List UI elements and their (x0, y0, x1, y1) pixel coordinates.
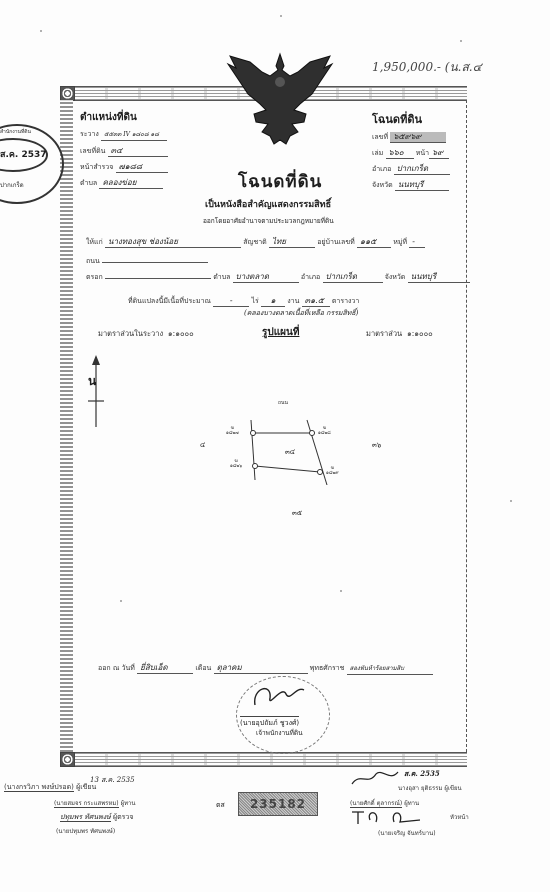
head-role: หัวหน้า (450, 812, 469, 822)
sheet-value: ๕๕๓๓ IV ๑๘๐๘ ๑๘ (101, 130, 167, 141)
province-label: จังหวัด (372, 181, 393, 189)
amphoe-label: อำเภอ (301, 273, 320, 281)
area-row: ที่ดินแปลงนี้มีเนื้อที่ประมาณ - ไร่ ๑ งา… (128, 296, 359, 307)
stamp-text-top: สำนักงานที่ดิน (0, 128, 31, 136)
writer-row: (นางกรวิภา พงษ์ปรอด) ผู้เขียน (4, 782, 96, 793)
garuda-emblem (220, 52, 340, 147)
alley-value (105, 270, 211, 279)
west-neighbor: ๔ (200, 440, 205, 451)
bottom-right-date: ส.ค. 2535 (404, 769, 440, 780)
parcel-number: ๓๔ (285, 447, 295, 458)
issued-label: ออก ณ วันที่ (98, 664, 135, 672)
issue-row: ออก ณ วันที่ ยี่สิบเอ็ด เดือน ตุลาคม พุท… (98, 663, 466, 675)
area-label: ที่ดินแปลงนี้มีเนื้อที่ประมาณ (128, 297, 211, 305)
tambon-value: บางตลาด (233, 272, 299, 283)
marker-code: ๑๘๒๖ (230, 464, 242, 469)
officer-signature (250, 680, 310, 712)
right-reviewer-name: (นายศักดิ์ ตุลากรณ์) (350, 800, 402, 808)
nationality-label: สัญชาติ (243, 238, 266, 246)
deed-panel-heading: โฉนดที่ดิน (372, 110, 464, 128)
rai-value: - (213, 296, 249, 307)
plot-scale: มาตราส่วน ๑:๑๐๐๐ (366, 328, 433, 340)
plot-scale-value: ๑:๑๐๐๐ (407, 329, 433, 338)
area-note: (คลองบางตลาดเนื้อที่เหลือ กรรมสิทธิ์) (244, 308, 358, 319)
north-label: น (88, 372, 96, 391)
owner-label: ให้แก่ (86, 238, 103, 246)
right-signature-3 (350, 808, 430, 826)
right-reviewer-role: ผู้ทาน (404, 800, 419, 807)
house-no-value: ๑๑๕ (357, 237, 391, 248)
reviewer-name: (นายสมจร กระแสพรหม) (54, 800, 119, 808)
east-neighbor: ๓๖ (372, 440, 381, 451)
tambon-label: ตำบล (213, 273, 230, 281)
legal-basis: ออกโดยอาศัยอำนาจตามประมวลกฎหมายที่ดิน (203, 216, 334, 226)
issue-month-value: ตุลาคม (214, 663, 308, 674)
ngan-label: งาน (287, 297, 299, 305)
rai-label: ไร่ (251, 297, 258, 305)
handwritten-price-note: 1,950,000.- (น.ส.๔ (372, 58, 482, 77)
bottom-border (75, 752, 467, 767)
diagram-title: รูปแผนที่ (262, 325, 299, 340)
house-no-label: อยู่บ้านเลขที่ (317, 238, 355, 246)
province-value: นนทบุรี (395, 180, 449, 191)
serial-prefix: ตส (216, 800, 225, 811)
left-border (60, 100, 73, 752)
marker-ne: ฆ ๑๘๒๘ (318, 426, 331, 436)
document-subtitle: เป็นหนังสือสำคัญแสดงกรรมสิทธิ์ (205, 197, 331, 211)
inspector-role: ผู้ตรวจ (113, 813, 133, 821)
sq-wah-label: ตารางวา (332, 297, 359, 305)
inspector-signature: ปทุมพร ทัศนพงษ์ (60, 813, 111, 822)
right-signature-1 (350, 768, 400, 788)
road-label: ถนน (86, 257, 100, 265)
book-label: เล่ม (372, 149, 383, 157)
issue-year-value: สองพันห้าร้อยสามสิบ (347, 664, 433, 675)
marker-se: ฆ ๑๘๒๙ (326, 466, 339, 476)
inspector-row: ปทุมพร ทัศนพงษ์ ผู้ตรวจ (60, 812, 133, 823)
issue-year-label: พุทธศักราช (310, 664, 345, 672)
book-value: ๖๖๐ (386, 148, 414, 159)
bottom-left-date: 13 ส.ค. 2535 (90, 775, 135, 786)
owner-row: ให้แก่ นางทองสุข ช่องน้อย สัญชาติ ไทย อย… (86, 237, 464, 248)
head-name: (นายเจริญ จันทร์บาน) (378, 828, 436, 838)
map-scale-label: มาตราส่วนในระวาง (98, 329, 163, 338)
subdistrict-label: ตำบล (80, 179, 97, 187)
marker-code: ๑๘๒๗ (226, 431, 239, 436)
moo-label: หมู่ที่ (393, 238, 407, 246)
issue-day-value: ยี่สิบเอ็ด (137, 663, 193, 674)
owner-province-label: จังหวัด (385, 273, 406, 281)
officer-title: เจ้าพนักงานที่ดิน (256, 728, 303, 738)
right-writer-role: ผู้เขียน (444, 785, 461, 792)
stamp-text-date: ส.ค. 2537 (0, 147, 47, 161)
serial-number: 235182 (238, 792, 318, 816)
writer-role: ผู้เขียน (76, 783, 96, 791)
right-writer-row: นางอุสา ยุติธรรม ผู้เขียน (398, 783, 462, 793)
writer-name: (นางกรวิภา พงษ์ปรอด) (4, 783, 74, 792)
right-reviewer-row: (นายศักดิ์ ตุลากรณ์) ผู้ทาน (350, 798, 419, 808)
moo-value: - (409, 237, 425, 248)
road-value (102, 254, 208, 263)
owner-value: นางทองสุข ช่องน้อย (105, 237, 241, 248)
stamp-text-bottom: ปากเกร็ด (0, 180, 24, 190)
land-position-panel: ตำแหน่งที่ดิน ระวาง ๕๕๓๓ IV ๑๘๐๘ ๑๘ เลขท… (80, 110, 200, 189)
right-writer-name: นางอุสา ยุติธรรม (398, 785, 442, 792)
parcel-number-value: ๓๔ (108, 146, 168, 157)
amphoe-value: ปากเกร็ด (323, 272, 383, 283)
owner-province-value: นนทบุรี (408, 272, 470, 283)
road-row: ถนน (86, 254, 208, 267)
reviewer-role: ผู้ทาน (121, 800, 136, 807)
page-value: ๖๙ (429, 148, 449, 159)
survey-page-label: หน้าสำรวจ (80, 163, 113, 171)
reviewer-row: (นายสมจร กระแสพรหม) ผู้ทาน (54, 798, 136, 808)
nationality-value: ไทย (269, 237, 315, 248)
marker-code: ๑๘๒๙ (326, 471, 339, 476)
border-corner-ornament (60, 752, 75, 767)
marker-code: ๑๘๒๘ (318, 431, 331, 436)
district-label: อำเภอ (372, 165, 391, 173)
sheet-label: ระวาง (80, 130, 99, 138)
south-neighbor: ๓๕ (292, 508, 302, 519)
parcel-number-label: เลขที่ดิน (80, 147, 105, 155)
sq-wah-value: ๓๑.๕ (302, 296, 330, 307)
alley-row: ตรอก ตำบล บางตลาด อำเภอ ปากเกร็ด จังหวัด… (86, 270, 464, 283)
document-title: โฉนดที่ดิน (238, 168, 322, 195)
deed-no-label: เลขที่ (372, 133, 388, 141)
map-road-label: ถนน (278, 399, 288, 407)
map-scale: มาตราส่วนในระวาง ๑:๑๐๐๐ (98, 328, 194, 340)
survey-page-value: ๗๑๘๘ (116, 162, 168, 173)
ngan-value: ๑ (261, 296, 285, 307)
district-value: ปากเกร็ด (394, 164, 450, 175)
inspector-name: (นายปทุมพร ทัศนพงษ์) (56, 826, 115, 836)
alley-label: ตรอก (86, 273, 103, 281)
border-corner-ornament (60, 86, 75, 101)
plot-scale-label: มาตราส่วน (366, 329, 402, 338)
marker-sw: ฆ ๑๘๒๖ (230, 459, 242, 469)
page-label: หน้า (416, 149, 429, 157)
deed-no-value: ๖๕๙๖๙ (390, 132, 446, 143)
land-position-heading: ตำแหน่งที่ดิน (80, 110, 200, 125)
map-scale-value: ๑:๑๐๐๐ (168, 329, 194, 338)
deed-number-panel: โฉนดที่ดิน เลขที่ ๖๕๙๖๙ เล่ม ๖๖๐ หน้า๖๙ … (372, 110, 464, 191)
subdistrict-value: คลองข่อย (99, 178, 163, 189)
marker-nw: ฆ ๑๘๒๗ (226, 426, 239, 436)
right-border (466, 100, 467, 752)
north-arrow-icon (86, 355, 106, 430)
issue-month-label: เดือน (195, 664, 211, 672)
